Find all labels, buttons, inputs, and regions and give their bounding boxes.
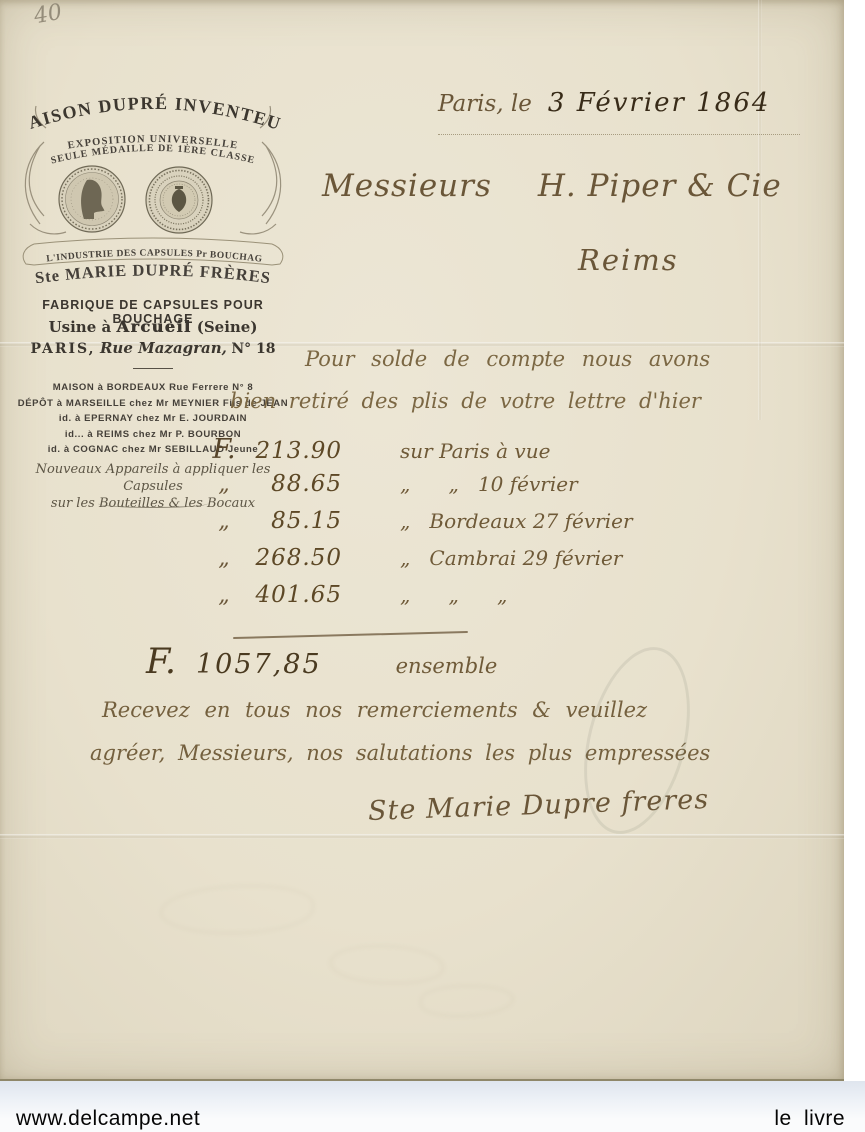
- svg-text:Ste MARIE DUPRÉ FRÈRES: Ste MARIE DUPRÉ FRÈRES: [34, 260, 272, 287]
- letterhead-paris-line: PARIS, Rue Mazagran, N° 18: [10, 339, 296, 357]
- letterhead: MAISON DUPRÉ INVENTEUR EXPOSITION UNIVER…: [10, 84, 296, 306]
- paris-label: PARIS,: [30, 341, 95, 357]
- addressee-name: H. Piper & Cie: [538, 168, 782, 204]
- amount-row: „ 401.65 „ „ „: [206, 582, 633, 619]
- bleed-through-marks: [160, 885, 314, 934]
- letterhead-factory-line: Usine à Arcueil (Seine): [10, 317, 296, 336]
- amount-row: „ 268.50 „ Cambrai 29 février: [206, 545, 633, 582]
- amount-value: 401.65: [242, 582, 342, 608]
- letterhead-engraving: MAISON DUPRÉ INVENTEUR EXPOSITION UNIVER…: [10, 84, 296, 302]
- factory-suffix: (Seine): [197, 318, 258, 336]
- dateline: Paris, le 3 Février 1864: [438, 88, 800, 135]
- divider-bar: [133, 368, 173, 369]
- paris-street: Rue Mazagran,: [100, 339, 227, 357]
- letterhead-divider: [133, 367, 173, 370]
- amount-row: „ 85.15 „ Bordeaux 27 février: [206, 508, 633, 545]
- pencil-note: 40: [32, 0, 64, 29]
- amount-desc: „ „ 10 février: [400, 472, 578, 496]
- amounts-list: F. 213.90 sur Paris à vue „ 88.65 „ „ 10…: [206, 434, 633, 619]
- amount-desc: „ Cambrai 29 février: [400, 546, 622, 570]
- total-label: ensemble: [396, 654, 498, 678]
- addressee-city: Reims: [578, 243, 679, 277]
- fold-crease-vertical: [758, 0, 762, 420]
- letterhead-title: MAISON DUPRÉ INVENTEUR: [10, 84, 284, 134]
- amount-currency: „: [206, 583, 242, 608]
- note-flourish: [98, 499, 208, 508]
- amount-value: 85.15: [242, 508, 342, 534]
- amount-value: 268.50: [242, 545, 342, 571]
- total-value: 1057,85: [196, 649, 322, 680]
- total-rule: [233, 631, 468, 639]
- total-row: F. 1057,85 ensemble: [146, 642, 497, 682]
- closing-line-1: Recevez en tous nos remerciements & veui…: [102, 698, 647, 722]
- dateline-date: 3 Février 1864: [548, 88, 771, 118]
- amount-currency: F.: [206, 434, 242, 465]
- letterhead-company-name: Ste MARIE DUPRÉ FRÈRES: [34, 260, 272, 287]
- factory-place: Arcueil: [116, 317, 191, 336]
- salutation: Messieurs: [322, 168, 492, 204]
- bleed-through-marks: [420, 985, 514, 1017]
- total-currency: F.: [146, 642, 176, 682]
- scan-footer-bar: www.delcampe.net le livre: [0, 1081, 865, 1132]
- amount-desc: sur Paris à vue: [400, 439, 550, 463]
- amount-value: 88.65: [242, 471, 342, 497]
- fold-crease-bottom: [0, 834, 844, 839]
- amount-currency: „: [206, 509, 242, 534]
- letter-scan-paper: 40 MAISON DUPRÉ INV: [0, 0, 844, 1081]
- svg-text:MAISON DUPRÉ INVENTEUR: MAISON DUPRÉ INVENTEUR: [10, 84, 284, 134]
- body-line-2: bien retiré des plis de votre lettre d'h…: [230, 389, 701, 413]
- napoleon-medal-icon: [59, 166, 125, 232]
- amount-desc: „ Bordeaux 27 février: [400, 509, 633, 533]
- paris-number: N° 18: [231, 341, 275, 357]
- amount-desc: „ „ „: [400, 583, 507, 607]
- dateline-place: Paris, le: [438, 91, 532, 117]
- factory-prefix: Usine à: [49, 318, 112, 336]
- amount-currency: „: [206, 546, 242, 571]
- amount-row: F. 213.90 sur Paris à vue: [206, 434, 633, 471]
- watermark-site: www.delcampe.net: [16, 1107, 200, 1131]
- body-line-1: Pour solde de compte nous avons: [305, 347, 710, 371]
- imperial-arms-medal-icon: [146, 167, 212, 233]
- bleed-through-marks: [330, 945, 444, 984]
- amount-row: „ 88.65 „ „ 10 février: [206, 471, 633, 508]
- amount-currency: „: [206, 472, 242, 497]
- watermark-category: le livre: [774, 1107, 845, 1131]
- agent-line: id. à EPERNAY chez Mr E. JOURDAIN: [10, 411, 296, 427]
- addressee-line: MessieursH. Piper & Cie: [322, 168, 782, 204]
- amount-value: 213.90: [242, 438, 342, 464]
